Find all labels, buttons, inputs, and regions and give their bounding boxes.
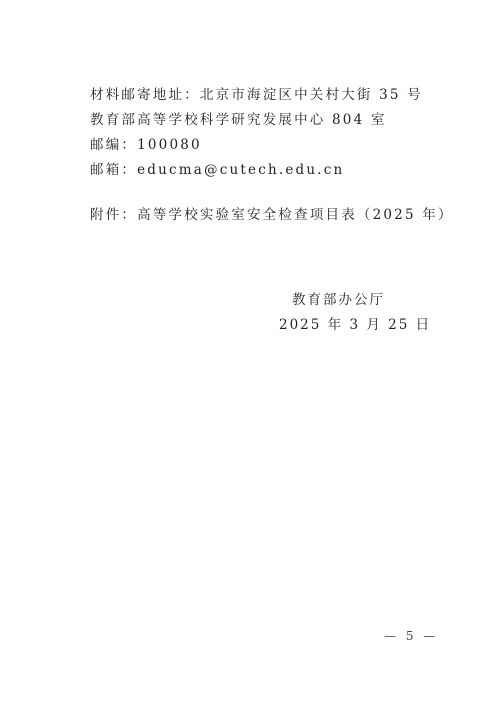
mailing-address-line: 材料邮寄地址：北京市海淀区中关村大街 35 号	[90, 86, 423, 104]
postcode-line: 邮编：100080	[90, 136, 202, 154]
office-line: 教育部高等学校科学研究发展中心 804 室	[90, 111, 387, 129]
issue-date: 2025 年 3 月 25 日	[279, 316, 431, 334]
issuer-name: 教育部办公厅	[292, 291, 385, 309]
email-line: 邮箱：educma@cutech.edu.cn	[90, 161, 344, 179]
attachment-line: 附件：高等学校实验室安全检查项目表（2025 年）	[90, 206, 454, 224]
page-number: — 5 —	[384, 629, 438, 643]
